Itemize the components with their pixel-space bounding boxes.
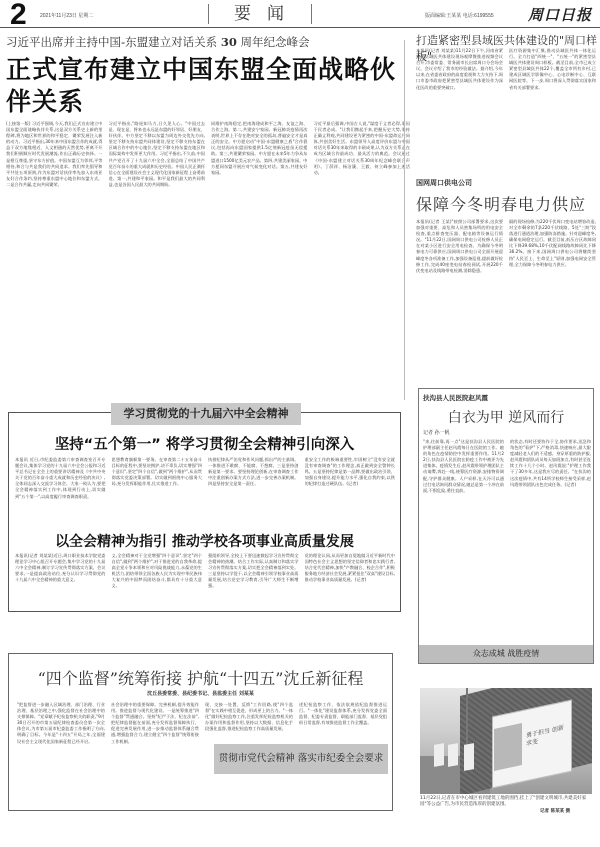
lead-body: (上接第一版) 习近平强调,今天,我们正式宣布建立中国东盟全面战略伙伴关系,这是… xyxy=(6,121,410,431)
supervision-column: "把监督进一步融入区域治理、部门治理、行业治理、基层治理之中,强化监督在社会治理… xyxy=(17,702,105,808)
photo-small-board xyxy=(448,743,458,767)
supervision-article: “四个监督”统筹衔接 护航“十四五”沈丘新征程 沈丘县委常委、县纪委书记、县监委… xyxy=(8,653,393,811)
power-headline: 保障今冬明春电力供应 xyxy=(416,192,596,215)
study-column: 强组织领导,全校上下要迅速掀起学习宣传贯彻全会精神的热潮。结合工作实际,认真制订… xyxy=(208,553,299,607)
hospital-body: "来,往前靠,再一点"这是扶沟县人民医院的护理部副主任赵风霞每日在医院的工作。她… xyxy=(423,439,591,637)
kicker-suffix: 周年纪念峰会 xyxy=(240,35,309,49)
supervision-banner: 贯彻市党代会精神 落实市纪委全会要求 xyxy=(214,744,388,774)
power-column: 隔的现场检修,为220千伏周口变电站增容改造,对全市剩余的7条220千伏线路、5… xyxy=(509,219,596,385)
lead-column: 习近平最后强调,中国古人说,"谋度于义者必得,事因于民者必成。"让我们携起手来,… xyxy=(314,121,411,431)
supervision-column: 现、交接一处置、反馈"工作回路,使"四个监督"在实践中相互促进、形成更上的合力。… xyxy=(205,702,293,742)
supervision-byline: 沈丘县委常委、县纪委书记、县监委主任 刘某某 xyxy=(9,690,392,697)
lead-column: 习近平指出,"路遥知马力,日久见人心。"中国过去是、现在是、将来也永远是东盟的好… xyxy=(109,121,206,431)
study-headline-1: 坚持“五个第一” 将学习贯彻全会精神引向深入 xyxy=(9,433,400,454)
editor-info: 版面编辑:王某某 电话:6199555 xyxy=(425,12,494,19)
hospital-article: 扶沟县人民医院赵风霞 白衣为甲 逆风而行 记者 孙一帆 "来,往前靠,再一点"这… xyxy=(418,388,594,664)
hospital-byline: 记者 孙一帆 xyxy=(423,429,450,436)
masthead: 2 2021年11月23日 星期二 要闻 版面编辑:王某某 电话:6199555… xyxy=(0,0,600,28)
column-divider xyxy=(404,40,405,400)
study-column: 党的理论认同,从而更加自觉地做习近平新时代中国特色社会主义思想的坚定信仰者和忠实… xyxy=(305,553,396,607)
photo-small-board xyxy=(464,743,474,771)
medical-column: 本报讯(记者 刘某某)11月22日下午,河南省紧密型县域医共体建设现场观摩暨推进… xyxy=(416,48,503,168)
photo-credit: 记者 陈某某 摄 xyxy=(540,808,570,814)
medical-column: 医疗资源集中汇聚,推动县域医共体一体化运行。全力打造"四统一"、"五统一"的紧密… xyxy=(509,48,596,168)
power-article: 国网周口供电公司 保障今冬明春电力供应 本报讯(记者 王某)"按照公司部署要求,… xyxy=(416,178,596,385)
page-number: 2 xyxy=(10,0,27,30)
photo-caption: 11月22日,记者在市中心城区看到建筑工地的围挡,挂上了"创建文明城市,共建美好… xyxy=(420,796,596,808)
hospital-kicker: 扶沟县人民医院赵风霞 xyxy=(423,393,488,402)
news-photo: 勇于担当 创新求变 xyxy=(420,688,592,794)
medical-body: 本报讯(记者 刘某某)11月22日下午,河南省紧密型县域医共体建设现场观摩暨推进… xyxy=(416,48,596,168)
lead-column: (上接第一版) 习近平强调,今天,我们正式宣布建立中国东盟全面战略伙伴关系,这是… xyxy=(6,121,103,431)
study-column: 重安全工作的极端重要性,牢固树立"没有安全就没有审查调查"的工作理念,真正做到安… xyxy=(305,457,396,517)
supervision-column: 社会治理中的重要保障。完善机制,提升效能作用。推进监督与现代化建设。一是统筹推进… xyxy=(111,702,199,808)
lead-column: 同维护南海稳定,把南海建成和平之海、友谊之海、合作之海。第二,共建安宁家园。新冠… xyxy=(211,121,308,431)
study-column: 义,全会精神对于全党增强"四个意识",坚定"四个自信",做到"两个维护",对于推… xyxy=(112,553,203,607)
hospital-column: "来,往前靠,再一点"这是扶沟县人民医院的护理部副主任赵风霞每日在医院的工作。她… xyxy=(423,439,504,637)
section-title: 要闻 xyxy=(208,4,312,24)
kicker-prefix: 习近平出席并主持中国-东盟建立对话关系 xyxy=(6,35,217,49)
paper-logo: 周口日报 xyxy=(528,4,592,25)
supervision-headline: “四个监督”统筹衔接 护航“十四五”沈丘新征程 xyxy=(9,666,392,689)
photo-billboard-image xyxy=(494,723,522,771)
study-body-1: 本报讯 近日,市纪委监委第六审查调查室召开专题会议,集体学习党的十九届六中全会公… xyxy=(15,457,395,517)
power-body: 本报讯(记者 王某)"按照公司部署要求,这次要加强对重要、高危和人员密集场所的用… xyxy=(416,219,596,385)
lead-headline: 正式宣布建立中国东盟全面战略伙伴关系 xyxy=(6,54,410,118)
study-column: 本报讯(记者 刘某某)近日,周口职业技术学院党委理论学习中心组召开专题会,集中学… xyxy=(15,553,106,607)
power-kicker: 国网周口供电公司 xyxy=(416,178,596,188)
study-body-2: 本报讯(记者 刘某某)近日,周口职业技术学院党委理论学习中心组召开专题会,集中学… xyxy=(15,553,395,609)
lead-kicker: 习近平出席并主持中国-东盟建立对话关系 30 周年纪念峰会 xyxy=(6,34,410,50)
study-banner: 学习贯彻党的十九届六中全会精神 xyxy=(111,403,301,425)
study-column: 思想教育旗帜第一要务。在审查第二十五年奋斗目标的征程中,要坚决拥护,决不辜负,切… xyxy=(112,457,203,517)
study-section: 学习贯彻党的十九届六中全会精神 坚持“五个第一” 将学习贯彻全会精神引向深入 本… xyxy=(8,412,401,612)
study-headline-2: 以全会精神为指引 推动学校各项事业高质量发展 xyxy=(9,531,400,551)
study-column: 本报讯 近日,市纪委监委第六审查调查室召开专题会议,集体学习党的十九届六中全会公… xyxy=(15,457,106,517)
supervision-column: 述纪检监察工作、依法依规依纪监督推进运行。"一体化"建设监督体系,充分发挥党委全… xyxy=(299,702,387,742)
hospital-headline: 白衣为甲 逆风而行 xyxy=(419,407,593,427)
hospital-banner: 众志成城 战胜疫情 xyxy=(419,645,593,663)
study-column: 执着纪律从严治党和作风问题,抓出严的主基调。一体推进不敢腐、不能腐、不想腐。三是… xyxy=(208,457,299,517)
lead-article: 习近平出席并主持中国-东盟建立对话关系 30 周年纪念峰会 正式宣布建立中国东盟… xyxy=(6,30,410,394)
issue-date: 2021年11月23日 星期二 xyxy=(40,12,93,19)
photo-small-board xyxy=(434,743,444,767)
power-column: 本报讯(记者 王某)"按照公司部署要求,这次要加强对重要、高危和人员密集场所的用… xyxy=(416,219,503,385)
hospital-column: 的状态,有时还要协作于全,协作要求,迅急和角色的"看护"下,严格消毒,快速响应,… xyxy=(510,439,591,637)
kicker-number: 30 xyxy=(221,35,237,49)
